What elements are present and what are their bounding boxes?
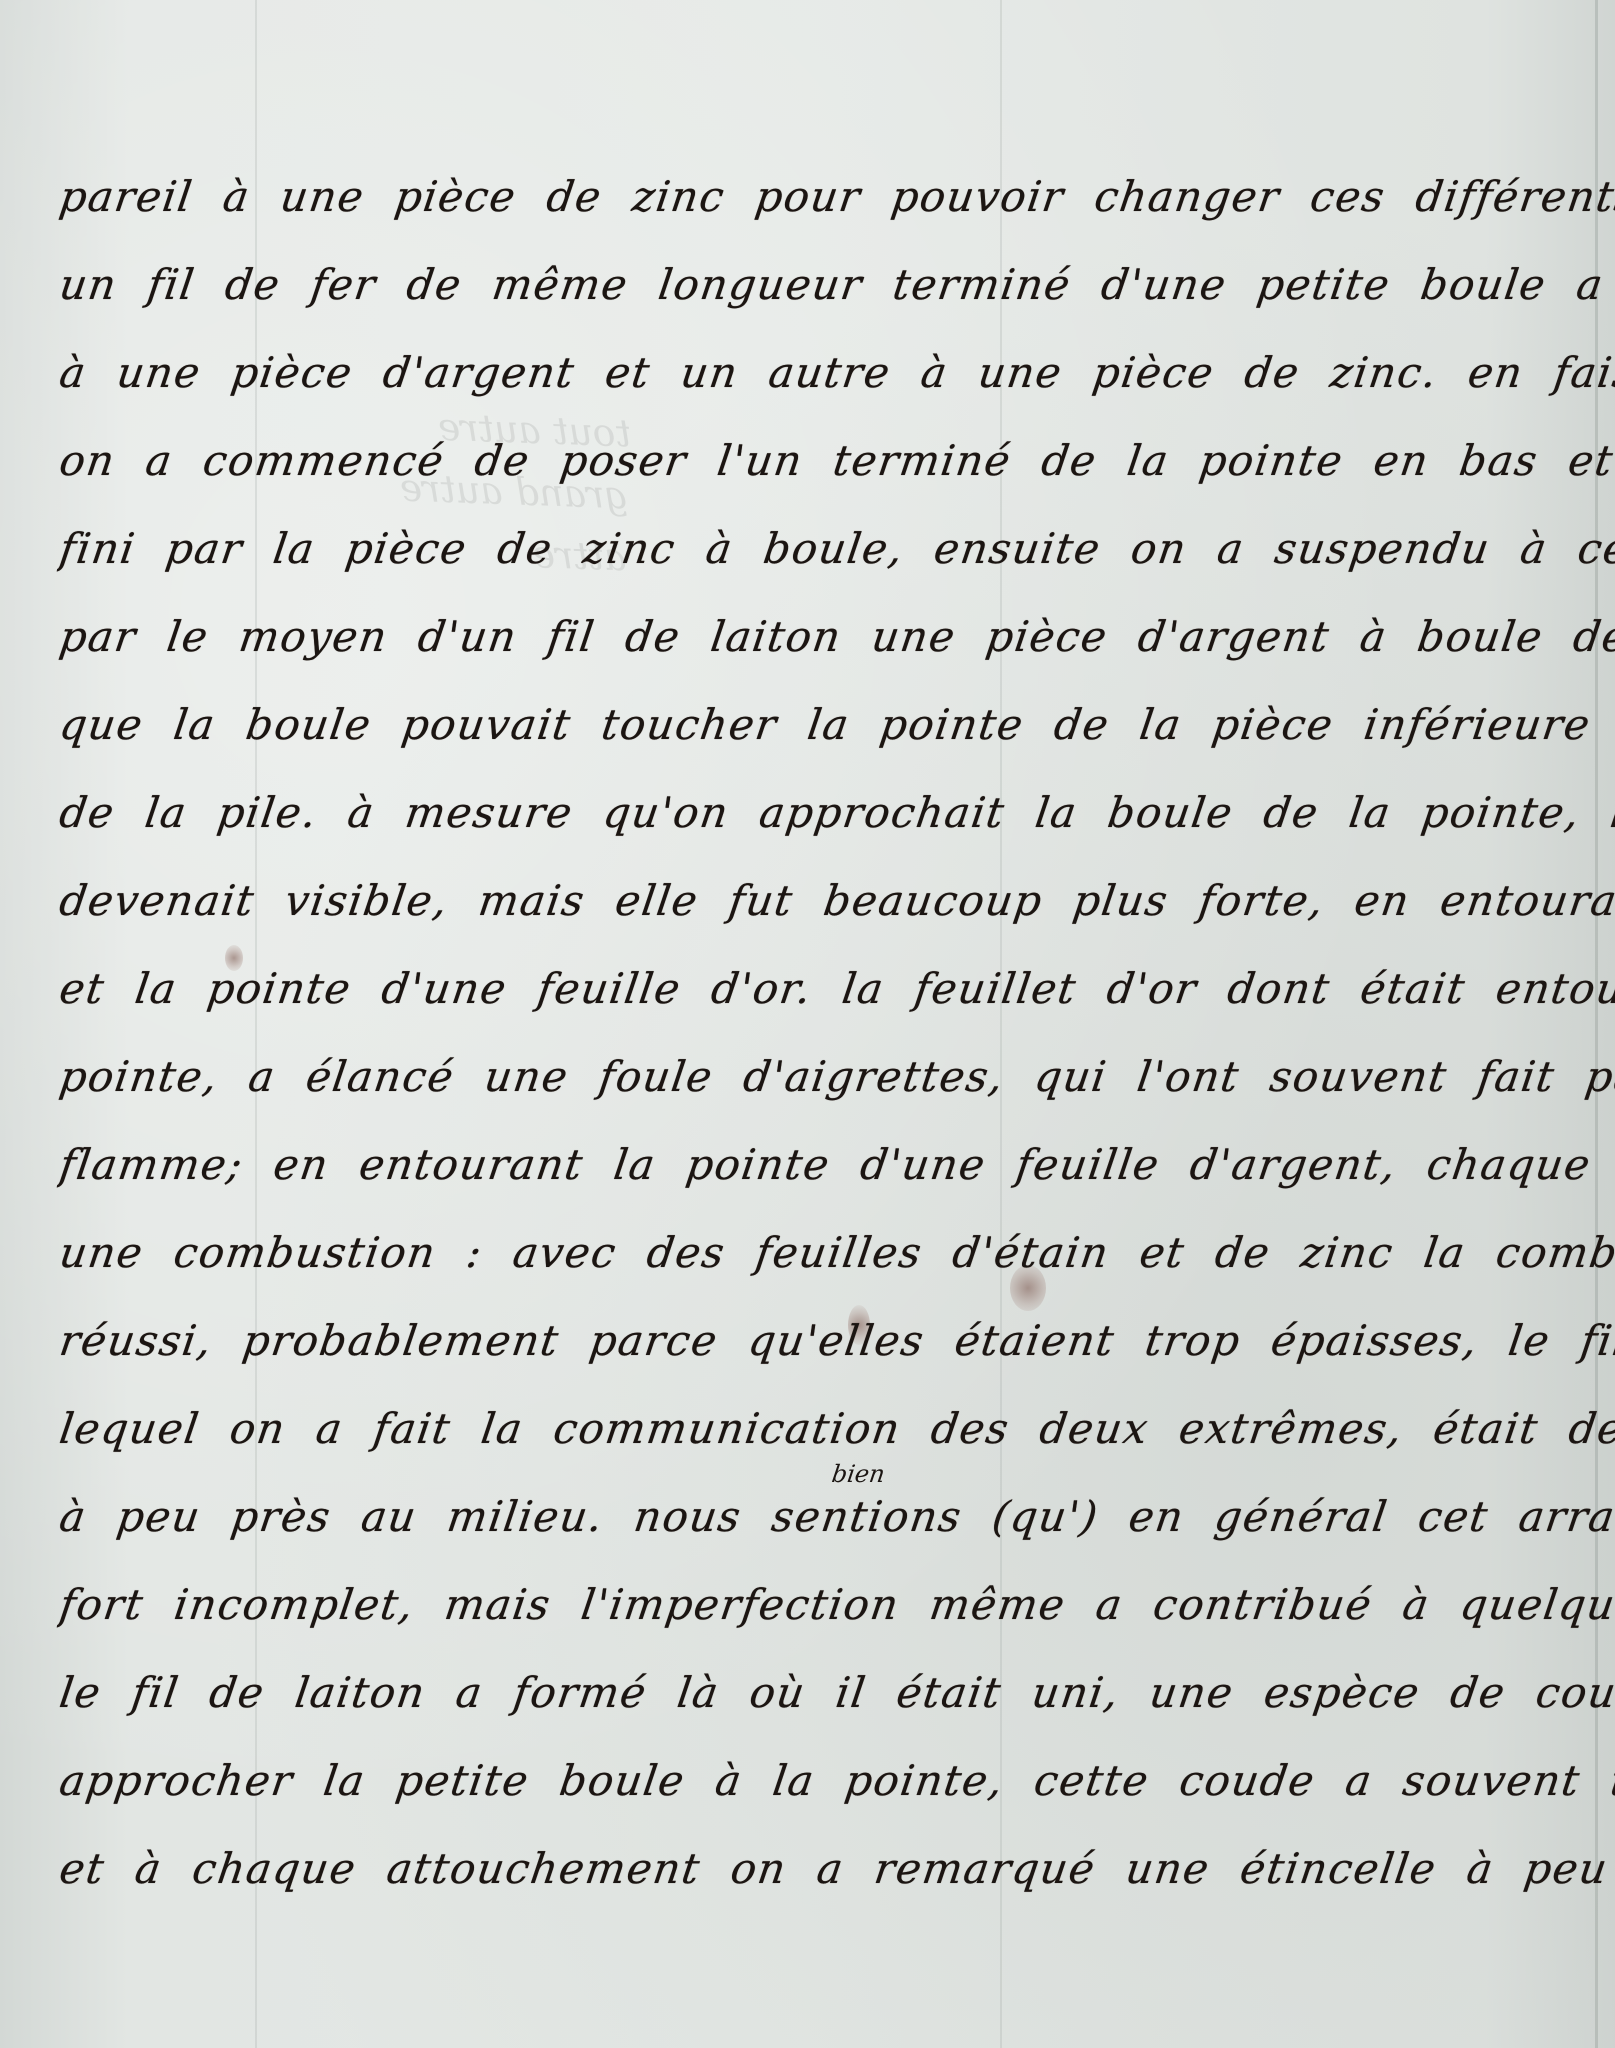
manuscript-line: à peu près au milieu. nous sentions (qu'…	[57, 1492, 1615, 1541]
manuscript-line: pointe, a élancé une foule d'aigrettes, …	[57, 1052, 1615, 1101]
manuscript-line: le fil de laiton a formé là où il était …	[57, 1668, 1615, 1717]
manuscript-line: réussi, probablement parce qu'elles étai…	[57, 1316, 1615, 1365]
manuscript-line: fort incomplet, mais l'imperfection même…	[57, 1580, 1615, 1629]
manuscript-line: et la pointe d'une feuille d'or. la feui…	[57, 964, 1615, 1013]
manuscript-line: on a commencé de poser l'un terminé de l…	[57, 436, 1615, 485]
manuscript-line: un fil de fer de même longueur terminé d…	[57, 260, 1615, 309]
manuscript-line: par le moyen d'un fil de laiton une pièc…	[57, 612, 1615, 661]
manuscript-line: lequel on a fait la communication des de…	[57, 1404, 1615, 1453]
manuscript-line: pareil à une pièce de zinc pour pouvoir …	[57, 172, 1615, 221]
interlinear-insertion: bien	[830, 1460, 887, 1488]
manuscript-line: fini par la pièce de zinc à boule, ensui…	[57, 524, 1615, 573]
manuscript-page: pareil à une pièce de zinc pour pouvoir …	[0, 0, 1615, 2048]
manuscript-line: et à chaque attouchement on a remarqué u…	[57, 1844, 1615, 1893]
manuscript-line: que la boule pouvait toucher la pointe d…	[57, 700, 1615, 749]
manuscript-line: flamme; en entourant la pointe d'une feu…	[57, 1140, 1615, 1189]
manuscript-line: une combustion : avec des feuilles d'éta…	[57, 1228, 1615, 1277]
manuscript-line: de la pile. à mesure qu'on approchait la…	[57, 788, 1615, 837]
manuscript-line: approcher la petite boule à la pointe, c…	[57, 1756, 1615, 1805]
manuscript-line: devenait visible, mais elle fut beaucoup…	[57, 876, 1615, 925]
manuscript-line: à une pièce d'argent et un autre à une p…	[57, 348, 1615, 397]
